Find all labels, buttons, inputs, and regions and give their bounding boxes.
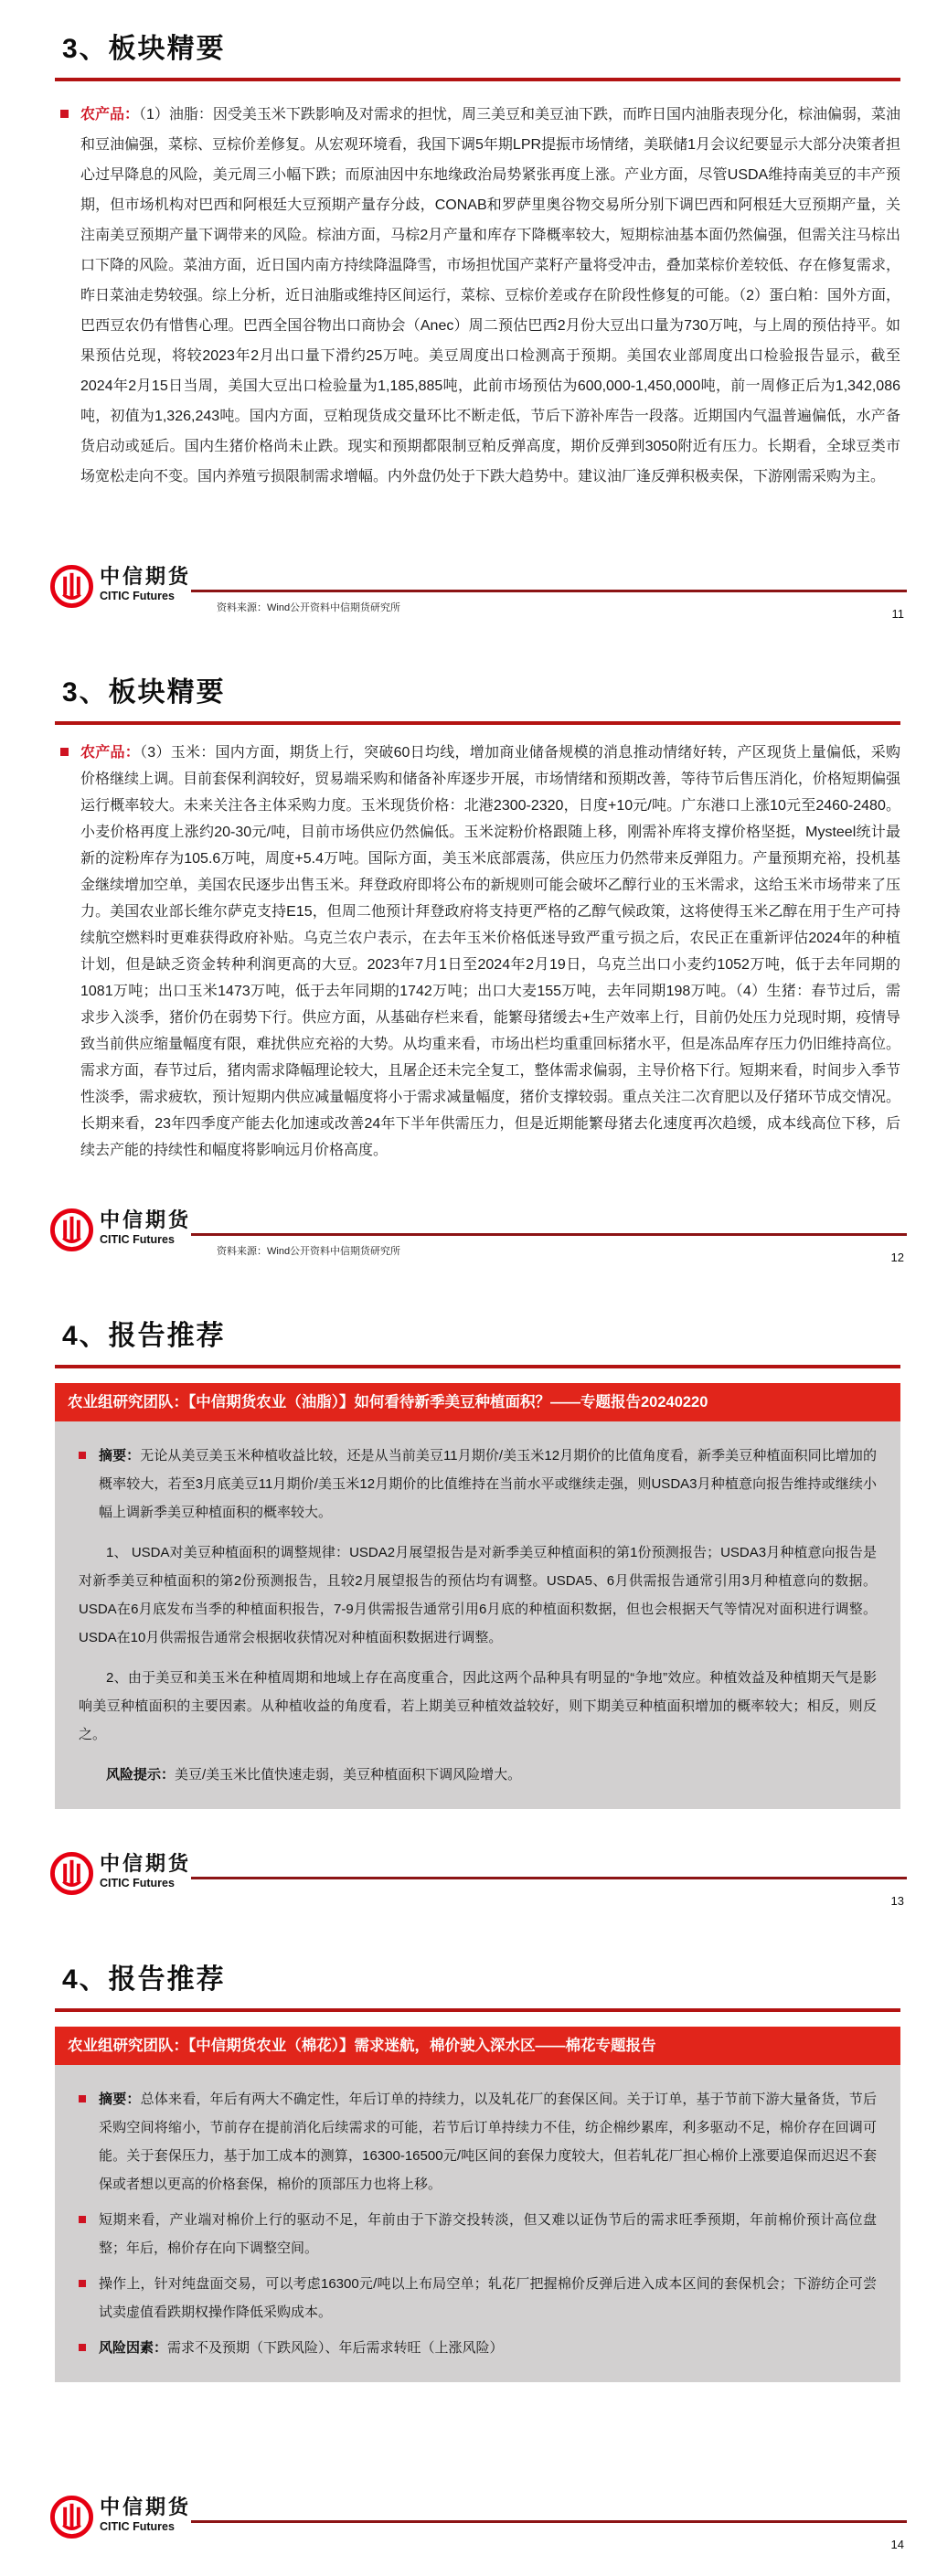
report-body: 摘要：总体来看，年后有两大不确定性，年后订单的持续力，以及轧花厂的套保区间。关于… [55,2065,900,2382]
logo-en: CITIC Futures [100,1233,191,1246]
summary-text: 无论从美豆美玉米种植收益比较，还是从当前美豆11月期价/美玉米12月期价的比值角… [99,1448,877,1520]
report-body: 摘要：无论从美豆美玉米种植收益比较，还是从当前美豆11月期价/美玉米12月期价的… [55,1421,900,1809]
slide-report-soybean: 4、报告推荐 农业组研究团队：【中信期货农业（油脂）】如何看待新季美豆种植面积？… [0,1287,937,1931]
citic-logo-icon [50,2496,93,2539]
bullet-square-icon [79,2344,86,2351]
logo-text: 中信期货 CITIC Futures [100,2496,191,2533]
bullet-square-icon [79,2216,86,2223]
report-box: 农业组研究团队：【中信期货农业（棉花）】需求迷航，棉价驶入深水区——棉花专题报告… [55,2027,900,2382]
bullet-square-icon [79,2280,86,2287]
farm-products-label: 农产品： [80,107,139,122]
essay-paragraph: 农产品：（3）玉米：国内方面，期货上行，突破60日均线，增加商业储备规模的消息推… [80,740,900,1164]
logo-en: CITIC Futures [100,1877,191,1889]
essay-paragraph: 农产品：（1）油脂：因受美玉米下跌影响及对需求的担忧，周三美豆和美豆油下跌，而昨… [80,100,900,492]
item-label: 摘要： [99,2092,141,2107]
list-item: 风险因素：需求不及预期（下跌风险）、年后需求转旺（上涨风险） [79,2334,877,2362]
report-banner: 农业组研究团队：【中信期货农业（油脂）】如何看待新季美豆种植面积？——专题报告2… [55,1383,900,1421]
page-title: 4、报告推荐 [0,1931,937,1996]
bullet-square-icon [79,2095,86,2102]
slide-footer: 中信期货 CITIC Futures 资料来源：Wind公开资料中信期货研究所 … [0,559,937,644]
logo-text: 中信期货 CITIC Futures [100,565,191,602]
source-note: 资料来源：Wind公开资料中信期货研究所 [217,1243,400,1258]
slide-footer: 中信期货 CITIC Futures 资料来源：Wind公开资料中信期货研究所 … [0,1203,937,1287]
slide-footer: 中信期货 CITIC Futures 13 [0,1847,937,1931]
bullet-square-icon [60,748,69,756]
title-rule [55,721,900,725]
footer-rule [191,590,907,592]
farm-products-label: 农产品： [80,745,140,761]
citic-logo-icon [50,565,93,608]
page-number: 11 [892,607,905,621]
slide-report-cotton: 4、报告推荐 农业组研究团队：【中信期货农业（棉花）】需求迷航，棉价驶入深水区—… [0,1931,937,2574]
risk-text: 美豆/美玉米比值快速走弱，美豆种植面积下调风险增大。 [175,1767,521,1783]
page-title: 3、板块精要 [0,0,937,66]
page-number: 13 [891,1894,904,1908]
essay-text: （1）油脂：因受美玉米下跌影响及对需求的担忧，周三美豆和美豆油下跌，而昨日国内油… [80,107,900,484]
item-text: 操作上，针对纯盘面交易，可以考虑16300元/吨以上布局空单；轧花厂把握棉价反弹… [99,2276,877,2320]
logo-cn: 中信期货 [100,1208,191,1231]
page-title: 3、板块精要 [0,644,937,709]
summary-item: 摘要：无论从美豆美玉米种植收益比较，还是从当前美豆11月期价/美玉米12月期价的… [79,1442,877,1527]
title-rule [55,2008,900,2012]
logo-en: CITIC Futures [100,590,191,602]
risk-item: 风险提示：美豆/美玉米比值快速走弱，美豆种植面积下调风险增大。 [79,1761,877,1789]
summary-label: 摘要： [99,1448,140,1464]
item-text: 需求不及预期（下跌风险）、年后需求转旺（上涨风险） [167,2340,504,2356]
source-note: 资料来源：Wind公开资料中信期货研究所 [217,600,400,614]
footer-rule [191,2520,907,2523]
logo-text: 中信期货 CITIC Futures [100,1208,191,1246]
item-label: 风险因素： [99,2340,167,2356]
item-text: 总体来看，年后有两大不确定性，年后订单的持续力，以及轧花厂的套保区间。关于订单，… [99,2092,877,2192]
title-rule [55,1365,900,1368]
report-box: 农业组研究团队：【中信期货农业（油脂）】如何看待新季美豆种植面积？——专题报告2… [55,1383,900,1809]
bullet-square-icon [60,110,69,118]
report-paragraph-1: 1、 USDA对美豆种植面积的调整规律：USDA2月展望报告是对新季美豆种植面积… [79,1538,877,1652]
title-rule [55,78,900,81]
footer-rule [191,1233,907,1236]
footer-rule [191,1877,907,1879]
report-paragraph-2: 2、由于美豆和美玉米在种植周期和地域上存在高度重合，因此这两个品种具有明显的“争… [79,1664,877,1749]
slide-footer: 中信期货 CITIC Futures 14 [0,2490,937,2574]
list-item: 操作上，针对纯盘面交易，可以考虑16300元/吨以上布局空单；轧花厂把握棉价反弹… [79,2270,877,2326]
logo-cn: 中信期货 [100,2496,191,2518]
bullet-square-icon [79,1452,86,1459]
logo-cn: 中信期货 [100,1852,191,1875]
logo-text: 中信期货 CITIC Futures [100,1852,191,1889]
item-text: 短期来看，产业端对棉价上行的驱动不足，年前由于下游交投转淡，但又难以证伪节后的需… [99,2212,877,2256]
page-title: 4、报告推荐 [0,1287,937,1353]
report-banner: 农业组研究团队：【中信期货农业（棉花）】需求迷航，棉价驶入深水区——棉花专题报告 [55,2027,900,2065]
logo-cn: 中信期货 [100,565,191,588]
citic-logo-icon [50,1208,93,1251]
page-number: 12 [891,1251,904,1264]
citic-logo-icon [50,1852,93,1895]
slide-essentials-oils: 3、板块精要 农产品：（1）油脂：因受美玉米下跌影响及对需求的担忧，周三美豆和美… [0,0,937,644]
logo-en: CITIC Futures [100,2520,191,2533]
risk-label: 风险提示： [106,1767,175,1783]
list-item: 摘要：总体来看，年后有两大不确定性，年后订单的持续力，以及轧花厂的套保区间。关于… [79,2085,877,2198]
page-number: 14 [891,2538,904,2551]
slide-essentials-corn: 3、板块精要 农产品：（3）玉米：国内方面，期货上行，突破60日均线，增加商业储… [0,644,937,1287]
list-item: 短期来看，产业端对棉价上行的驱动不足，年前由于下游交投转淡，但又难以证伪节后的需… [79,2206,877,2262]
essay-text: （3）玉米：国内方面，期货上行，突破60日均线，增加商业储备规模的消息推动情绪好… [80,745,900,1158]
